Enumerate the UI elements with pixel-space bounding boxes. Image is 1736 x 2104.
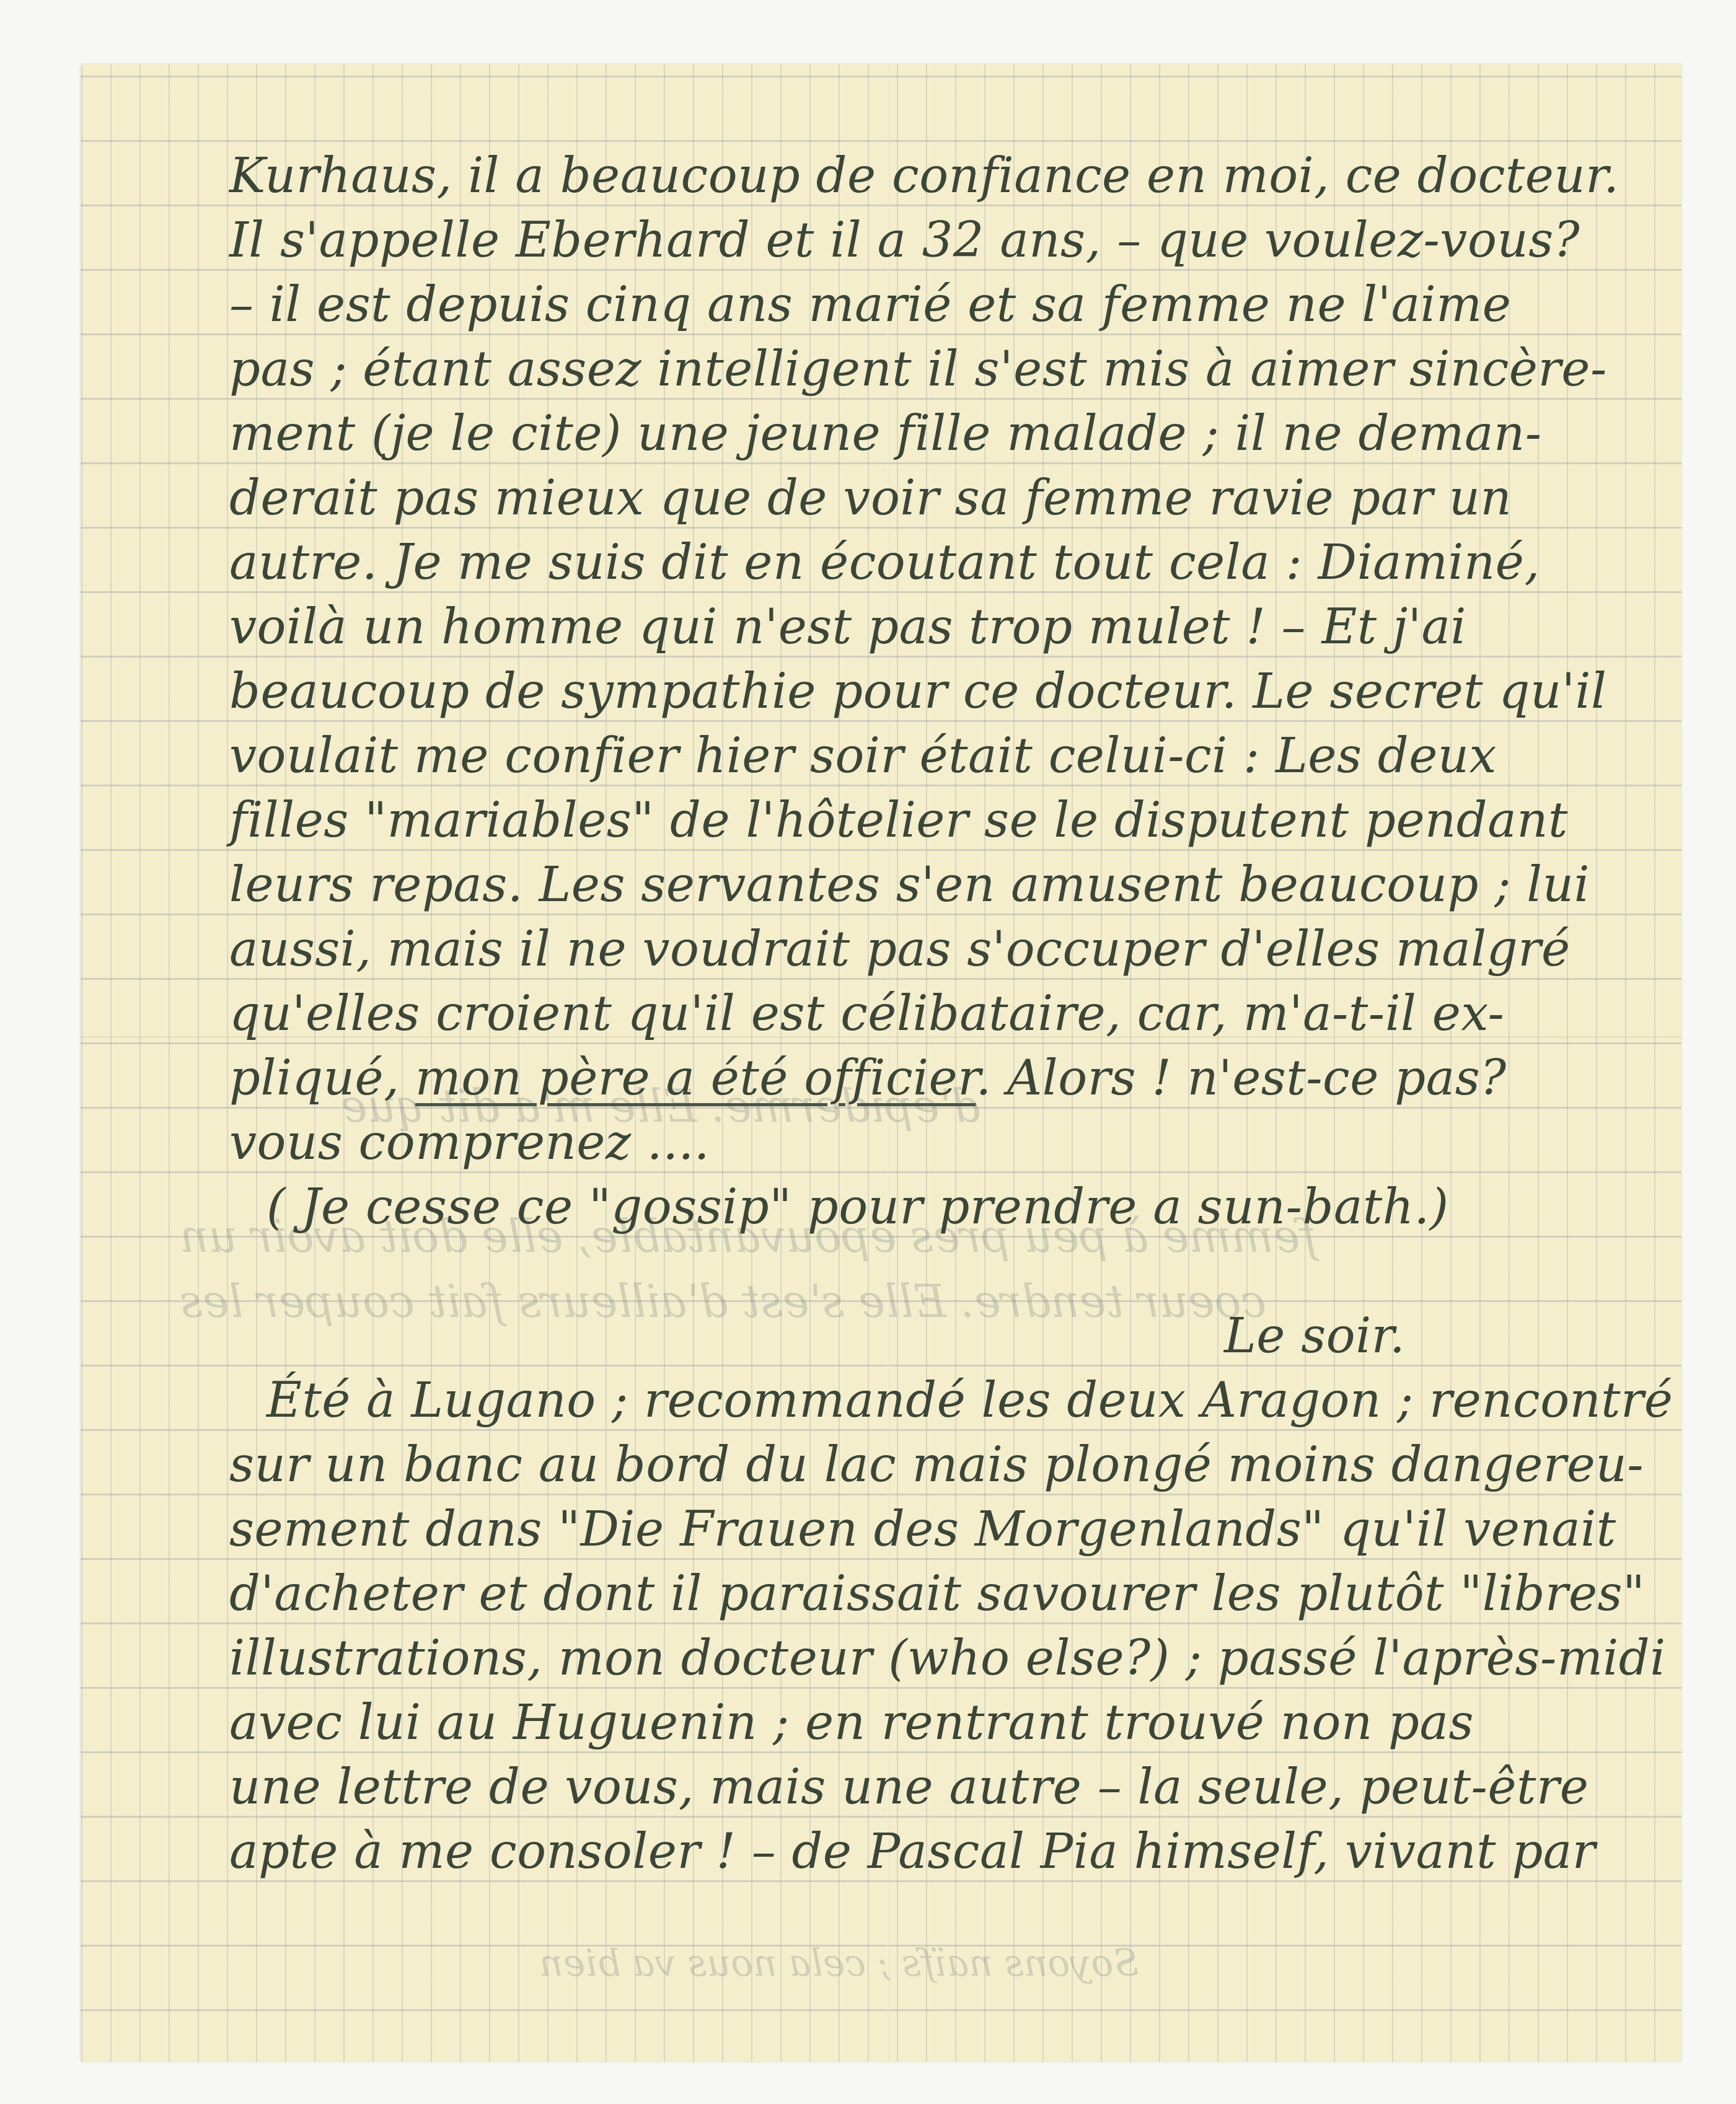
parenthetical-aside: ( Je cesse ce "gossip" pour prendre a su… xyxy=(267,1175,1449,1239)
letter-line: Il s'appelle Eberhard et il a 32 ans, – … xyxy=(229,208,1580,273)
letter-line: vous comprenez .... xyxy=(229,1111,710,1175)
letter-line: pas ; étant assez intelligent il s'est m… xyxy=(229,337,1607,402)
letter-line: autre. Je me suis dit en écoutant tout c… xyxy=(229,530,1540,595)
letter-line: aussi, mais il ne voudrait pas s'occuper… xyxy=(229,917,1571,982)
line-text-before: pliqué, xyxy=(229,1050,415,1106)
letter-line: derait pas mieux que de voir sa femme ra… xyxy=(229,466,1512,530)
section-heading-le-soir: Le soir. xyxy=(1224,1304,1405,1368)
letter-line: sement dans "Die Frauen des Morgenlands"… xyxy=(229,1497,1616,1562)
underlined-phrase: mon père a été officier xyxy=(415,1050,976,1106)
letter-line: – il est depuis cinq ans marié et sa fem… xyxy=(229,273,1511,337)
letter-line: leurs repas. Les servantes s'en amusent … xyxy=(229,853,1590,917)
letter-line: une lettre de vous, mais une autre – la … xyxy=(229,1755,1588,1820)
letter-line: ment (je le cite) une jeune fille malade… xyxy=(229,402,1542,466)
letter-line-with-underline: pliqué, mon père a été officier. Alors !… xyxy=(229,1046,1507,1111)
letter-line: illustrations, mon docteur (who else?) ;… xyxy=(229,1626,1666,1691)
letter-line: Kurhaus, il a beaucoup de confiance en m… xyxy=(229,144,1619,208)
letter-line: voulait me confier hier soir était celui… xyxy=(229,724,1497,788)
handwritten-letter-body: Kurhaus, il a beaucoup de confiance en m… xyxy=(0,0,1736,2104)
letter-line: d'acheter et dont il paraissait savourer… xyxy=(229,1562,1645,1626)
letter-line: filles "mariables" de l'hôtelier se le d… xyxy=(229,788,1568,853)
letter-line: qu'elles croient qu'il est célibataire, … xyxy=(229,982,1504,1046)
line-text-after: . Alors ! n'est-ce pas? xyxy=(976,1050,1506,1106)
letter-line: voilà un homme qui n'est pas trop mulet … xyxy=(229,595,1466,659)
letter-line: Été à Lugano ; recommandé les deux Arago… xyxy=(267,1368,1673,1433)
letter-line: apte à me consoler ! – de Pascal Pia him… xyxy=(229,1820,1596,1884)
letter-line: sur un banc au bord du lac mais plongé m… xyxy=(229,1433,1644,1497)
letter-line: avec lui au Huguenin ; en rentrant trouv… xyxy=(229,1691,1474,1755)
letter-line: beaucoup de sympathie pour ce docteur. L… xyxy=(229,659,1606,724)
